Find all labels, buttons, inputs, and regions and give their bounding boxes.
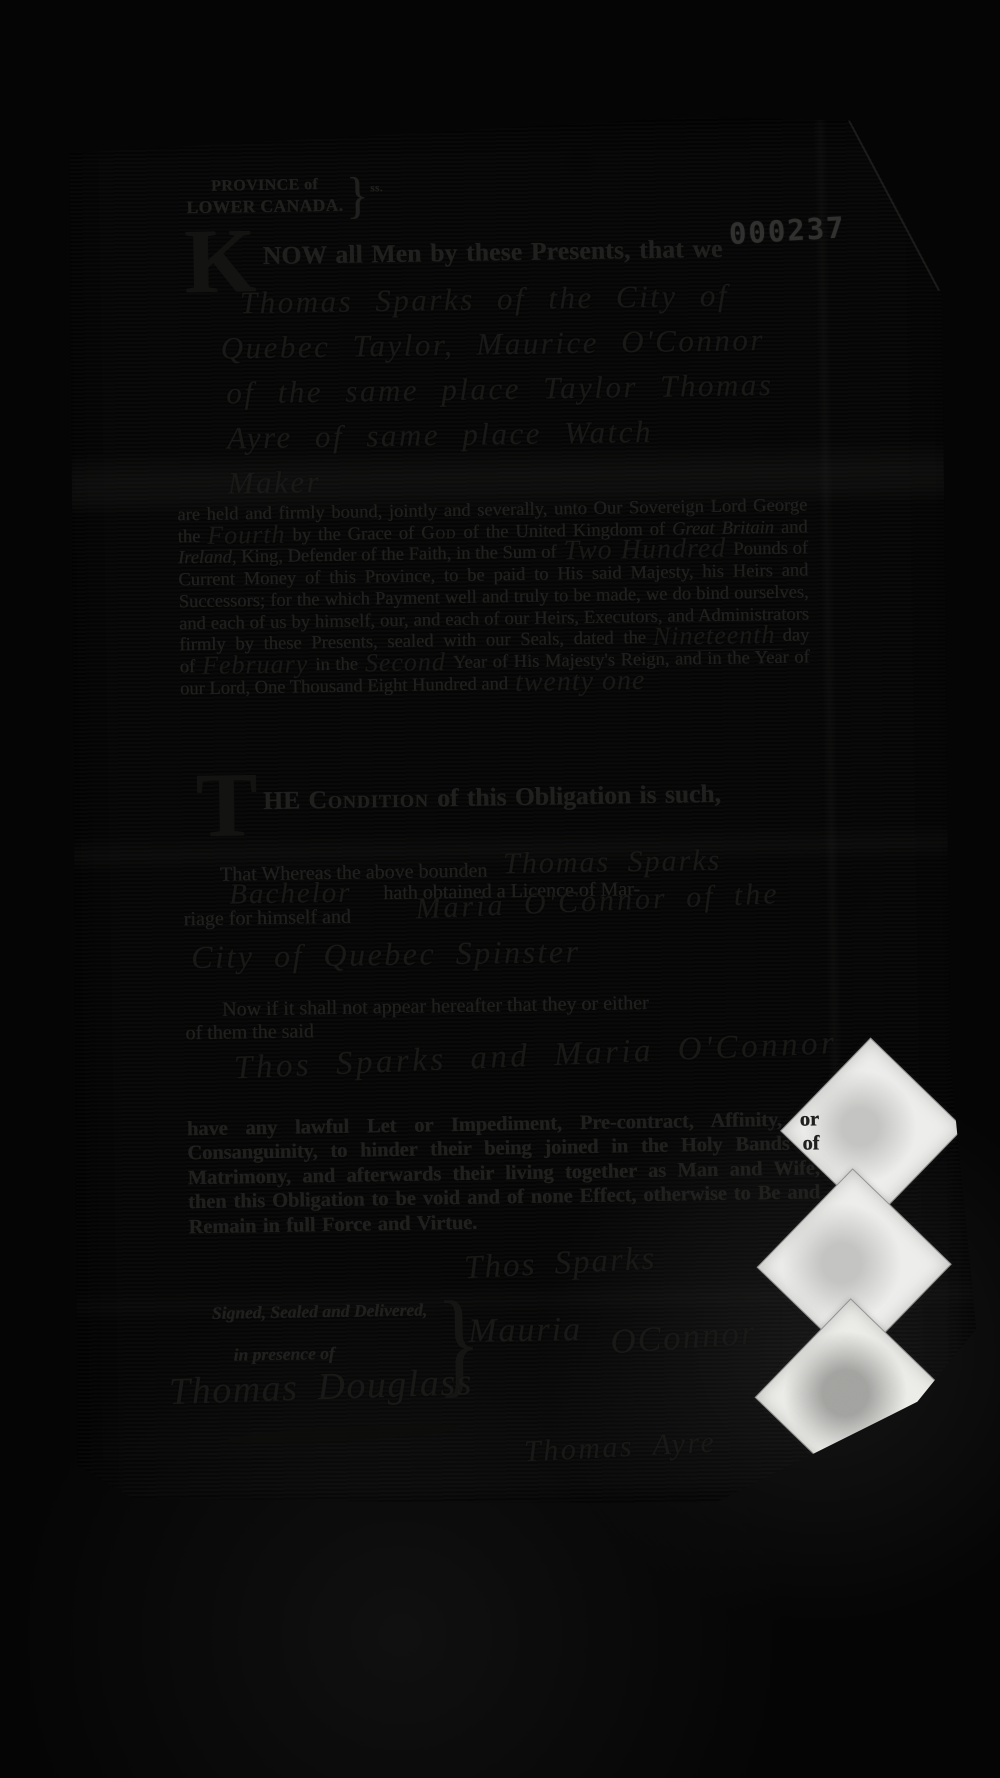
condition-heading-text: HE Condition of this Obligation is such, [263,779,721,816]
now-line-2: of them the said [185,1020,314,1045]
ss-abbreviation: ss. [370,182,383,194]
attestation-line-2: in presence of [233,1343,334,1366]
condition-word: Condition [308,783,429,814]
province-line-1: PROVINCE of [186,176,343,197]
handwritten-couple-names: Thos Sparks and Maria O'Connor [233,1025,838,1087]
handwritten-parties: Thomas Sparks of the City of Quebec Tayl… [220,272,776,506]
bond-text-god: God [421,523,456,544]
wafer-seal [755,1298,950,1493]
handwritten-line: of the same place Taylor Thomas [221,362,774,416]
attestation-line-1: Signed, Sealed and Delivered, [212,1299,428,1323]
bond-clause-paragraph: are held and firmly bound, jointly and s… [177,495,810,700]
condition-rest: of this Obligation is such, [437,779,721,812]
signature-flourish [227,1421,462,1447]
corner-fold-crease [847,119,940,291]
bond-text: in the [315,654,358,675]
dropcap-t: T [195,770,257,840]
brace-glyph: } [346,172,369,218]
bond-text: One Thousand Eight Hundred and [254,674,508,698]
signature-maurice-given: Mauria [468,1311,583,1351]
impediment-paragraph: have any lawful Let or Impediment, Pre-c… [187,1107,821,1239]
now-line-1: Now if it shall not appear hereafter tha… [222,992,649,1022]
handwritten-year: twenty one [508,664,653,697]
signature-witness-douglass: Thomas Douglass [168,1360,473,1414]
opening-heading-text: NOW all Men by these Presents, that we [263,234,723,271]
handwritten-reign-year: Second [358,647,454,677]
handwritten-bride-place: City of Quebec Spinster [191,933,581,976]
handwritten-groom-name: Thomas Sparks [503,844,722,880]
document-page: PROVINCE of LOWER CANADA. } ss. 000237 K… [51,99,983,1525]
signature-thomas-ayre: Thomas Ayre [523,1426,717,1470]
condition-he: HE [263,785,300,815]
paper-tilt-wrap: PROVINCE of LOWER CANADA. } ss. 000237 K… [51,99,983,1525]
bond-text: by the Grace of [292,523,414,545]
serial-number-stamp: 000237 [728,210,847,251]
signature-thos-sparks: Thos Sparks [463,1241,657,1288]
condition-heading: T HE Condition of this Obligation is suc… [195,763,721,840]
bond-text: King, Defender of the Faith, in the Sum … [241,543,557,568]
handwritten-month: February [195,649,316,680]
bond-text: and [781,517,808,537]
signature-maurice-surname: OConnor [609,1313,758,1363]
bond-text-ireland: Ireland, [178,548,237,569]
scan-background: PROVINCE of LOWER CANADA. } ss. 000237 K… [0,0,1000,1778]
licence-line-2: riage for himself and [183,906,351,932]
